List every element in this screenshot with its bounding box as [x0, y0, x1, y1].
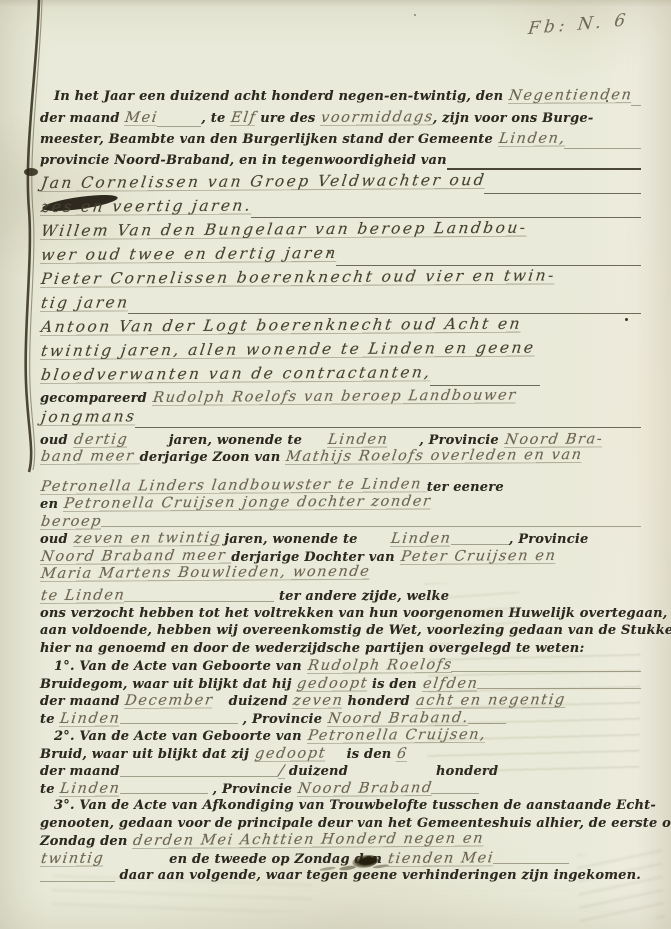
doc-line: Zondag den derden Mei Achttien Honderd n… — [40, 833, 641, 851]
handwritten-entry: beroep — [40, 513, 103, 529]
ink-speck — [414, 14, 416, 16]
printed-text: oud — [40, 532, 73, 547]
doc-line: der maand Decemberduizend zeven honderd … — [40, 693, 641, 711]
doc-line: te Linden , Provincie Noord Braband. — [40, 711, 641, 729]
blank-rule — [493, 863, 569, 864]
handwritten-entry: dertig — [73, 431, 129, 447]
printed-text: Bruidegom, waar uit blijkt dat hij — [40, 677, 296, 692]
handwritten-entry: Elf — [230, 109, 258, 125]
doc-line: beroep — [40, 514, 641, 532]
printed-text: is den — [367, 677, 421, 692]
handwritten-entry: voormiddags — [320, 109, 435, 126]
printed-text: honderd — [343, 694, 415, 709]
handwritten-entry: Linden — [390, 531, 453, 547]
doc-line: gecompareerd Rudolph Roelofs van beroep … — [40, 390, 641, 408]
doc-line: Willem Van den Bungelaar van beroep Land… — [40, 222, 641, 246]
printed-text: derjarige Dochter van — [231, 550, 399, 565]
printed-text: , Provincie — [419, 433, 503, 448]
doc-line: 3°. Van de Acte van Afkondiging van Trou… — [40, 798, 641, 816]
doc-line: twintigen de tweede op Zondag den tiende… — [40, 851, 641, 869]
printed-text: is den — [347, 747, 397, 762]
printed-text: In het Jaar een duizend acht honderd neg… — [54, 89, 508, 104]
handwritten-entry: Pieter Cornelissen boerenknecht oud vier… — [40, 266, 557, 288]
printed-text: ons verzocht hebben tot het voltrekken v… — [40, 606, 671, 621]
handwritten-entry: Linden — [327, 431, 390, 447]
handwritten-entry: derden Mei Achttien Honderd negen en — [132, 831, 485, 849]
printed-text: Bruid, waar uit blijkt dat zij — [40, 747, 254, 762]
handwritten-entry: Petronella Linders landbouwster te Linde… — [40, 476, 429, 495]
handwritten-entry: Noord Braband. — [327, 710, 470, 727]
handwritten-entry: acht en negentig — [415, 692, 567, 709]
blank-rule — [631, 105, 641, 106]
printed-text: meester, Beambte van den Burgerlijken st… — [40, 132, 498, 147]
doc-line: In het Jaar een duizend acht honderd neg… — [40, 88, 641, 110]
handwritten-entry: Negentienden — [508, 87, 634, 104]
handwritten-entry: zeven — [292, 693, 345, 709]
blank-rule — [40, 881, 115, 882]
doc-line: band meer derjarige Zoon van Mathijs Roe… — [40, 449, 641, 467]
handwritten-entry: Rudolph Roelofs — [307, 657, 454, 674]
doc-line: te Linden , Provincie Noord Braband — [40, 781, 641, 799]
printed-text: en — [40, 497, 63, 512]
handwritten-entry: Petronella Cruijsen, — [307, 727, 487, 744]
doc-line: Antoon Van der Logt boerenknecht oud Ach… — [40, 318, 641, 342]
blank-rule — [468, 723, 506, 724]
handwritten-entry: Petronella Cruijsen jonge dochter zonder — [63, 493, 433, 512]
printed-text: duizend — [229, 694, 293, 709]
handwritten-entry: twintig — [40, 850, 105, 866]
handwritten-entry: elfden — [422, 675, 480, 691]
printed-text: , Provincie — [509, 532, 589, 547]
printed-text: oud — [40, 433, 73, 448]
handwritten-entry: te Linden — [40, 587, 126, 604]
doc-line: hier na genoemd en door de wederzijdsche… — [40, 641, 641, 659]
doc-line: der maand/ duizendhonderd — [40, 763, 641, 781]
handwritten-entry: zeven en twintig — [73, 530, 222, 547]
printed-text: der maand — [40, 111, 124, 126]
doc-line: genooten, gedaan voor de principale deur… — [40, 816, 641, 834]
printed-text: derjarige Zoon van — [140, 450, 286, 465]
handwritten-entry: Willem Van den Bungelaar van beroep Land… — [40, 219, 529, 240]
blank-rule — [431, 793, 479, 794]
printed-text: 3°. Van de Acte van Afkondiging van Trou… — [54, 798, 656, 813]
document-page: Fb: N. 6 In het Jaar een duizend acht ho… — [0, 0, 671, 929]
document-body: In het Jaar een duizend acht honderd neg… — [40, 88, 641, 886]
printed-text: , te — [201, 111, 230, 126]
doc-line: Pieter Cornelissen boerenknecht oud vier… — [40, 270, 641, 294]
blank-rule — [120, 793, 208, 794]
printed-text: daar aan volgende, waar tegen geene verh… — [115, 868, 641, 883]
printed-text: hier na genoemd en door de wederzijdsche… — [40, 641, 584, 656]
blank-rule — [451, 671, 641, 672]
printed-text: ter eenere — [427, 480, 504, 495]
handwritten-entry: wer oud twee en dertig jaren — [40, 244, 339, 264]
blank-rule — [101, 526, 641, 527]
blank-rule — [120, 776, 278, 777]
doc-line: Bruid, waar uit blijkt dat zij gedooptis… — [40, 746, 641, 764]
printed-text: ure des — [256, 111, 321, 126]
doc-line: te Linden ter andere zijde, welke — [40, 588, 641, 606]
handwritten-entry: Mathijs Roelofs overleden en van — [285, 447, 584, 465]
handwritten-entry: Noord Bra- — [504, 431, 604, 448]
handwritten-entry: Rudolph Roelofs van beroep Landbouwer — [152, 387, 518, 406]
doc-line: daar aan volgende, waar tegen geene verh… — [40, 868, 641, 886]
handwritten-entry: Peter Cruijsen en — [400, 547, 558, 564]
blank-rule — [447, 168, 641, 170]
doc-line: Bruidegom, waar uit blijkt dat hij gedoo… — [40, 676, 641, 694]
folio-note: Fb: N. 6 — [527, 7, 669, 39]
printed-text: Zondag den — [40, 834, 132, 849]
handwritten-entry: Maria Martens Bouwlieden, wonende — [40, 564, 371, 582]
doc-line: provincie Noord-Braband, en in tegenwoor… — [40, 153, 641, 175]
handwritten-entry: gedoopt — [296, 675, 369, 691]
handwritten-entry: tig jaren — [40, 293, 131, 312]
handwritten-entry: tienden Mei — [387, 850, 495, 867]
printed-text: te — [40, 782, 59, 797]
handwritten-entry: Jan Cornelissen van Groep Veldwachter ou… — [40, 171, 487, 192]
handwritten-entry: / — [278, 763, 287, 779]
printed-text: jaren, wonende te — [169, 433, 307, 448]
blank-rule — [477, 688, 641, 689]
doc-line: 2°. Van de Acte van Geboorte van Petrone… — [40, 728, 641, 746]
printed-text: , Provincie — [238, 712, 327, 727]
handwritten-entry: 6 — [396, 745, 409, 761]
blank-rule — [451, 544, 509, 545]
blank-rule — [128, 313, 641, 314]
blank-rule — [251, 217, 641, 218]
printed-text: , zijn voor ons Burge- — [433, 111, 594, 126]
handwritten-entry: December — [124, 692, 214, 709]
doc-line: oud zeven en twintig jaren, wonende te L… — [40, 531, 641, 549]
blank-rule — [157, 126, 201, 127]
doc-line: tig jaren — [40, 294, 641, 318]
blank-rule — [336, 265, 641, 266]
printed-text: gecompareerd — [40, 391, 152, 406]
handwritten-entry: jongmans — [40, 407, 138, 426]
printed-text: provincie Noord-Braband, en in tegenwoor… — [40, 153, 447, 168]
doc-line: 1°. Van de Acte van Geboorte van Rudolph… — [40, 658, 641, 676]
doc-line: Jan Cornelissen van Groep Veldwachter ou… — [40, 174, 641, 198]
handwritten-entry: Linden — [59, 780, 122, 796]
doc-line: twintig jaren, allen wonende te Linden e… — [40, 342, 641, 366]
blank-rule — [120, 723, 238, 724]
handwritten-entry: zes en veertig jaren. — [40, 197, 253, 216]
printed-text: te — [40, 712, 59, 727]
blank-rule — [124, 601, 274, 602]
handwritten-entry: Antoon Van der Logt boerenknecht oud Ach… — [40, 315, 523, 336]
handwritten-entry: Noord Braband meer — [40, 547, 234, 564]
handwritten-entry: Noord Braband — [297, 780, 434, 797]
blank-rule — [484, 193, 641, 194]
handwritten-entry: band meer — [40, 448, 142, 465]
printed-text: 2°. Van de Acte van Geboorte van — [54, 729, 307, 744]
printed-text: 1°. Van de Acte van Geboorte van — [54, 659, 307, 674]
printed-text: honderd — [436, 764, 498, 779]
printed-text: jaren, wonende te — [220, 532, 363, 547]
handwritten-entry: Linden — [59, 710, 122, 726]
handwritten-entry: Mei — [124, 109, 159, 125]
doc-line: jongmans — [40, 408, 641, 432]
blank-rule — [135, 427, 641, 428]
blank-rule — [430, 385, 540, 386]
printed-text: aan voldoende, hebben wij overeenkomstig… — [40, 623, 671, 638]
printed-text: der maand — [40, 694, 124, 709]
handwritten-entry: gedoopt — [254, 745, 327, 761]
printed-text: der maand — [40, 764, 120, 779]
doc-line: Maria Martens Bouwlieden, wonende — [40, 566, 641, 588]
doc-line: bloedverwanten van de contractanten, — [40, 366, 641, 390]
printed-text: duizend — [284, 764, 348, 779]
doc-line: meester, Beambte van den Burgerlijken st… — [40, 131, 641, 153]
handwritten-entry: bloedverwanten van de contractanten, — [40, 363, 433, 384]
printed-text: genooten, gedaan voor de principale deur… — [40, 816, 671, 831]
doc-line: zes en veertig jaren. — [40, 198, 641, 222]
doc-line: en Petronella Cruijsen jonge dochter zon… — [40, 496, 641, 514]
handwritten-entry: twintig jaren, allen wonende te Linden e… — [40, 339, 537, 360]
doc-line: ons verzocht hebben tot het voltrekken v… — [40, 606, 641, 624]
printed-text: ter andere zijde, welke — [274, 589, 449, 604]
blank-rule — [564, 148, 641, 149]
doc-line: aan voldoende, hebben wij overeenkomstig… — [40, 623, 641, 641]
doc-line: der maand Mei, te Elf ure des voormiddag… — [40, 110, 641, 132]
handwritten-entry: Linden, — [498, 131, 567, 147]
printed-text: , Provincie — [208, 782, 297, 797]
